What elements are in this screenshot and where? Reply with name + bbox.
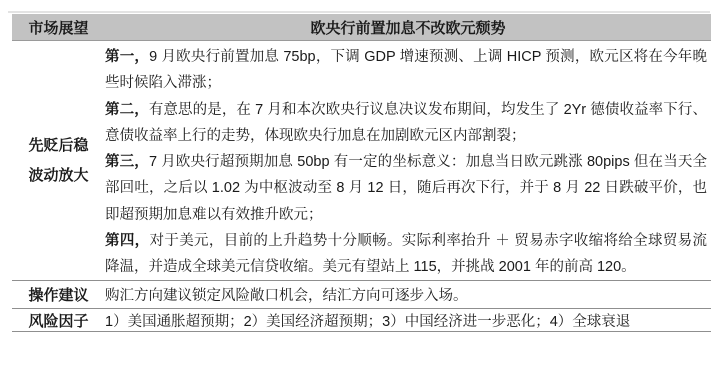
outlook-label-line1: 先贬后稳: [12, 131, 105, 161]
outlook-point-3-prefix: 第三，: [105, 154, 149, 170]
outlook-point-3-text: 7 月欧央行超预期加息 50bp 有一定的坐标意义：加息当日欧元跳涨 80pip…: [105, 154, 707, 223]
outlook-content: 第一，9 月欧央行前置加息 75bp，下调 GDP 增速预测、上调 HICP 预…: [105, 41, 711, 280]
outlook-point-2-prefix: 第二，: [105, 102, 149, 118]
risk-row-text: 1）美国通胀超预期；2）美国经济超预期；3）中国经济进一步恶化；4）全球衰退: [105, 310, 711, 331]
outlook-point-4-text: 对于美元，目前的上升趋势十分顺畅。实际利率抬升 ＋ 贸易赤字收缩将给全球贸易流降…: [105, 233, 707, 275]
outlook-point-2-text: 有意思的是，在 7 月和本次欧央行议息决议发布期间，均发生了 2Yr 德债收益率…: [105, 102, 707, 144]
outlook-point-1-prefix: 第一，: [105, 49, 149, 65]
advice-row-text: 购汇方向建议锁定风险敞口机会，结汇方向可逐步入场。: [105, 284, 711, 305]
market-outlook-table: 市场展望 欧央行前置加息不改欧元颓势 先贬后稳 波动放大 第一，9 月欧央行前置…: [12, 14, 711, 332]
outlook-point-2: 第二，有意思的是，在 7 月和本次欧央行议息决议发布期间，均发生了 2Yr 德债…: [105, 97, 707, 150]
header-title: 欧央行前置加息不改欧元颓势: [105, 17, 711, 38]
risk-row-label: 风险因子: [12, 310, 105, 331]
outlook-row: 先贬后稳 波动放大 第一，9 月欧央行前置加息 75bp，下调 GDP 增速预测…: [12, 41, 711, 280]
advice-row: 操作建议 购汇方向建议锁定风险敞口机会，结汇方向可逐步入场。: [12, 280, 711, 308]
outlook-point-3: 第三，7 月欧央行超预期加息 50bp 有一定的坐标意义：加息当日欧元跳涨 80…: [105, 149, 707, 228]
table-header-row: 市场展望 欧央行前置加息不改欧元颓势: [12, 14, 711, 41]
research-report-table-page: 市场展望 欧央行前置加息不改欧元颓势 先贬后稳 波动放大 第一，9 月欧央行前置…: [0, 0, 718, 368]
outlook-point-4-prefix: 第四，: [105, 233, 150, 249]
risk-row: 风险因子 1）美国通胀超预期；2）美国经济超预期；3）中国经济进一步恶化；4）全…: [12, 308, 711, 332]
outlook-row-label: 先贬后稳 波动放大: [12, 41, 105, 280]
outlook-point-1: 第一，9 月欧央行前置加息 75bp，下调 GDP 增速预测、上调 HICP 预…: [105, 44, 707, 97]
outlook-point-1-text: 9 月欧央行前置加息 75bp，下调 GDP 增速预测、上调 HICP 预测，欧…: [105, 49, 707, 91]
header-section-label: 市场展望: [12, 17, 105, 38]
outlook-label-line2: 波动放大: [12, 161, 105, 191]
top-divider-line: [8, 11, 710, 13]
outlook-point-4: 第四，对于美元，目前的上升趋势十分顺畅。实际利率抬升 ＋ 贸易赤字收缩将给全球贸…: [105, 228, 707, 280]
advice-row-label: 操作建议: [12, 284, 105, 305]
